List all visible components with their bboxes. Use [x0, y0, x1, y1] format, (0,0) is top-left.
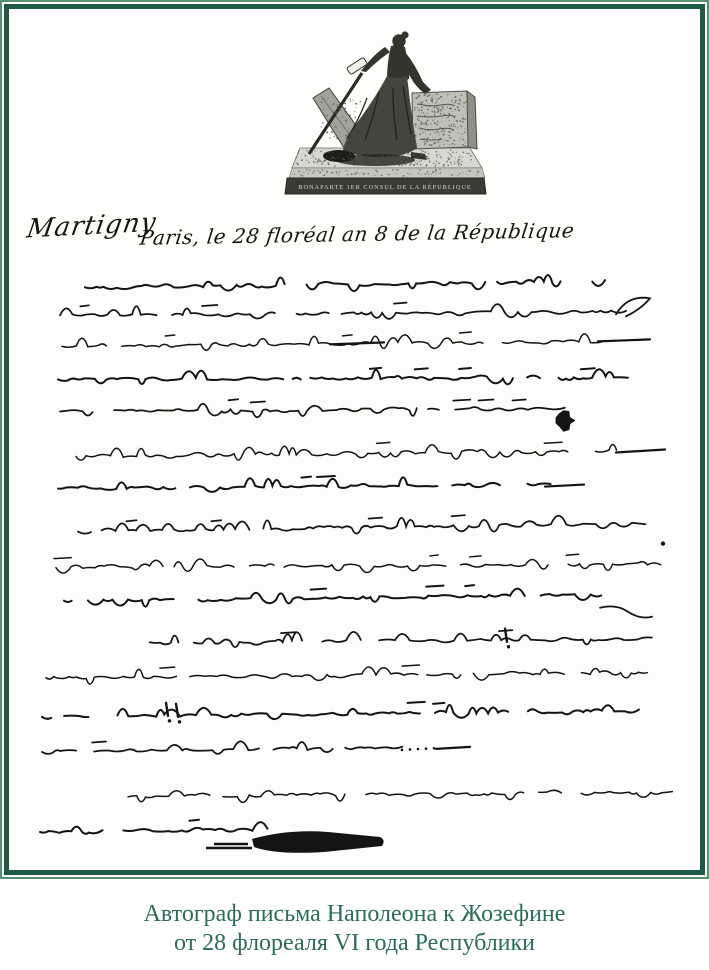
engraving-speckle	[418, 95, 420, 97]
engraving-speckle	[447, 140, 449, 142]
engraving-speckle	[405, 151, 406, 152]
engraving-speckle	[315, 151, 316, 152]
engraving-speckle	[329, 137, 330, 138]
engraving-speckle	[446, 161, 448, 163]
engraving-speckle	[381, 163, 382, 164]
engraving-speckle	[345, 135, 347, 137]
engraving-speckle	[462, 126, 463, 127]
engraving-speckle	[427, 129, 429, 131]
engraving-speckle	[447, 107, 448, 108]
engraving-speckle	[435, 151, 436, 152]
caption: Автограф письма Наполеона к Жозефине от …	[0, 900, 709, 958]
engraving-speckle	[428, 153, 429, 154]
engraving-speckle	[427, 113, 428, 114]
engraving-speckle	[448, 113, 449, 114]
engraving-speckle	[460, 125, 461, 126]
engraving-speckle	[454, 117, 455, 118]
engraving-speckle	[381, 174, 383, 176]
engraving-speckle	[327, 152, 328, 153]
engraving-speckle	[434, 110, 435, 111]
engraving-speckle	[361, 161, 363, 163]
engraving-speckle	[336, 171, 337, 172]
engraving-speckle	[476, 175, 477, 176]
engraving-speckle	[467, 174, 468, 175]
engraving-speckle	[305, 155, 307, 157]
engraving-speckle	[419, 169, 421, 171]
engraving-speckle	[321, 101, 323, 103]
engraving-speckle	[434, 107, 436, 109]
engraving-speckle	[372, 158, 373, 159]
engraving-speckle	[360, 158, 362, 160]
handwriting-line	[78, 515, 646, 533]
engraving-speckle	[328, 163, 330, 165]
engraving-speckle	[457, 129, 458, 130]
engraving-speckle	[477, 172, 479, 174]
engraving-speckle	[376, 163, 377, 164]
engraving-speckle	[435, 164, 436, 165]
engraving-speckle	[441, 121, 442, 122]
engraving-speckle	[313, 161, 315, 163]
engraving-speckle	[366, 151, 367, 152]
engraving-speckle	[318, 170, 319, 171]
smudge-trails	[206, 844, 252, 848]
handwriting-line	[150, 630, 652, 647]
engraving-speckle	[436, 154, 437, 155]
engraving-speckle	[420, 164, 421, 165]
engraving-speckle	[432, 101, 433, 102]
ink-dash	[598, 339, 650, 341]
engraving-speckle	[470, 155, 472, 157]
engraving-speckle	[449, 125, 451, 127]
engraving-speckle	[421, 123, 423, 125]
engraving-speckle	[296, 162, 298, 164]
engraving-speckle	[378, 162, 380, 164]
engraving-speckle	[357, 137, 358, 138]
engraving-speckle	[434, 122, 436, 124]
engraving-speckle	[339, 171, 341, 173]
engraving-speckle	[395, 163, 397, 165]
engraving-speckle	[353, 165, 354, 166]
ink-dot	[433, 747, 436, 750]
ink-dot	[409, 748, 412, 751]
engraving-speckle	[344, 107, 346, 109]
engraving-speckle	[323, 174, 325, 176]
engraving-speckle	[330, 158, 332, 160]
engraving-speckle	[333, 160, 334, 161]
engraving-speckle	[437, 124, 438, 125]
engraving-speckle	[459, 140, 460, 141]
engraving-speckle	[306, 169, 308, 171]
engraving-speckle	[383, 157, 384, 158]
engraving-speckle	[357, 158, 359, 160]
handwriting-line	[58, 368, 628, 384]
engraving-speckle	[404, 163, 406, 165]
engraving-speckle	[463, 172, 464, 173]
engraving-speckle	[430, 130, 431, 131]
engraving-speckle	[450, 162, 452, 164]
engraving-speckle	[430, 134, 432, 136]
engraving-speckle	[404, 162, 405, 163]
engraving-speckle	[375, 161, 377, 163]
handwriting-line	[46, 665, 647, 684]
engraving-speckle	[417, 119, 418, 120]
engraving-speckle	[442, 134, 444, 136]
caption-line-1: Автограф письма Наполеона к Жозефине	[0, 900, 709, 929]
engraving-speckle	[421, 150, 422, 151]
engraving-speckle	[344, 111, 346, 113]
engraving-speckle	[454, 109, 456, 111]
engraving-speckle	[432, 99, 434, 101]
engraving-speckle	[447, 165, 449, 167]
engraving-speckle	[424, 94, 426, 96]
engraving-speckle	[344, 159, 345, 160]
engraving-speckle	[456, 120, 457, 121]
engraving-speckle	[351, 173, 353, 175]
engraving-speckle	[419, 133, 421, 135]
engraving-speckle	[388, 174, 390, 176]
engraving-speckle	[370, 161, 371, 162]
engraving-speckle	[415, 143, 417, 145]
engraving-speckle	[337, 113, 338, 114]
handwriting-line	[64, 585, 601, 607]
engraving-speckle	[431, 97, 433, 99]
ink-blot	[556, 410, 576, 432]
engraving-speckle	[332, 152, 333, 153]
engraving-speckle	[437, 121, 439, 123]
engraving-speckle	[468, 153, 469, 154]
engraving-speckle	[444, 144, 445, 145]
engraving-speckle	[321, 126, 322, 127]
engraving-speckle	[401, 165, 402, 166]
engraving-speckle	[332, 132, 333, 133]
engraving-speckle	[462, 134, 463, 135]
engraving-speckle	[433, 163, 434, 164]
engraving-speckle	[454, 144, 455, 145]
engraving-speckle	[459, 120, 461, 122]
engraving-speckle	[455, 157, 456, 158]
engraving-speckle	[457, 161, 458, 162]
engraving-speckle	[452, 143, 453, 144]
handwriting-line	[62, 332, 601, 350]
engraving-speckle	[314, 170, 316, 172]
engraving-speckle	[436, 93, 438, 95]
engraving-speckle	[415, 97, 417, 99]
engraving-speckle	[350, 132, 351, 133]
engraving-speckle	[460, 138, 461, 139]
engraving-speckle	[478, 170, 480, 172]
engraving-speckle	[405, 153, 406, 154]
engraving-speckle	[436, 151, 437, 152]
engraving-speckle	[308, 151, 310, 153]
engraving-speckle	[447, 94, 448, 95]
engraving-speckle	[451, 126, 452, 127]
engraving-speckle	[449, 132, 450, 133]
engraving-speckle	[426, 164, 428, 166]
engraving-speckle	[452, 151, 454, 153]
engraving-speckle	[451, 100, 453, 102]
engraving-speckle	[319, 171, 321, 173]
engraving-speckle	[462, 121, 464, 123]
engraving-speckle	[330, 151, 331, 152]
engraving-speckle	[441, 111, 442, 112]
engraving-speckle	[458, 163, 460, 165]
engraving-speckle	[332, 156, 334, 158]
engraving-speckle	[417, 97, 418, 98]
engraving-speckle	[416, 127, 417, 128]
engraving-speckle	[437, 125, 438, 126]
engraving-speckle	[414, 109, 415, 110]
engraving-speckle	[442, 108, 444, 110]
engraving-speckle	[434, 132, 435, 133]
engraving-speckle	[432, 137, 433, 138]
engraving-speckle	[354, 173, 356, 175]
engraving-speckle	[391, 160, 392, 161]
engraving-speckle	[308, 173, 309, 174]
engraving-speckle	[382, 155, 384, 157]
ink-dot	[425, 747, 428, 750]
engraving-speckle	[454, 102, 456, 104]
engraving-speckle	[448, 116, 449, 117]
engraving-speckle	[371, 151, 373, 153]
engraving-speckle	[346, 138, 347, 139]
engraving-speckle	[455, 96, 456, 97]
document-frame: BONAPARTE 1ER CONSUL DE LA RÉPUBLIQUE	[0, 0, 709, 879]
engraving-speckle	[421, 112, 422, 113]
handwriting-line	[40, 820, 268, 834]
engraving-speckle	[465, 101, 467, 103]
engraving-speckle	[407, 173, 408, 174]
engraving-speckle	[409, 174, 410, 175]
engraving-speckle	[403, 175, 405, 177]
engraving-speckle	[377, 157, 379, 159]
engraving-speckle	[351, 161, 352, 162]
engraving-speckle	[425, 122, 427, 124]
engraving-speckle	[451, 156, 453, 158]
engraving-speckle	[407, 157, 409, 159]
engraving-speckle	[323, 109, 324, 110]
handwriting-line	[60, 399, 565, 417]
engraving-speckle	[458, 103, 459, 104]
engraving-speckle	[452, 130, 453, 131]
engraving-speckle	[308, 162, 310, 164]
engraving-speckle	[326, 156, 327, 157]
engraving-speckle	[425, 131, 426, 132]
engraving-speckle	[429, 161, 431, 163]
engraving-speckle	[464, 108, 465, 109]
engraving-speckle	[306, 160, 307, 161]
engraving-speckle	[342, 116, 343, 117]
engraving-speckle	[432, 111, 434, 113]
engraving-speckle	[449, 144, 450, 145]
engraving-speckle	[439, 169, 440, 170]
engraving-speckle	[414, 107, 416, 109]
engraving-speckle	[338, 157, 339, 158]
handwriting-body	[9, 9, 700, 870]
engraving-speckle	[422, 150, 424, 152]
engraving-speckle	[345, 154, 346, 155]
engraving-speckle	[374, 154, 375, 155]
engraving-speckle	[419, 110, 420, 111]
engraving-speckle	[328, 97, 329, 98]
engraving-speckle	[343, 158, 345, 160]
engraving-speckle	[459, 159, 461, 161]
engraving-speckle	[439, 154, 440, 155]
engraving-speckle	[454, 163, 455, 164]
engraving-speckle	[460, 156, 461, 157]
engraving-speckle	[436, 124, 437, 125]
engraving-speckle	[462, 144, 464, 146]
engraving-speckle	[333, 130, 335, 132]
engraving-speckle	[437, 131, 439, 133]
engraving-speckle	[449, 109, 450, 110]
engraving-speckle	[417, 103, 419, 105]
engraving-speckle	[338, 109, 339, 110]
engraving-speckle	[319, 160, 320, 161]
engraving-speckle	[350, 116, 351, 117]
engraving-speckle	[455, 100, 457, 102]
engraving-speckle	[448, 135, 449, 136]
flourish	[600, 606, 652, 617]
engraving-speckle	[435, 94, 436, 95]
engraving-speckle	[439, 109, 440, 110]
engraving-speckle	[467, 170, 468, 171]
engraving-speckle	[300, 174, 301, 175]
engraving-speckle	[431, 174, 432, 175]
engraving-speckle	[348, 158, 349, 159]
engraving-speckle	[459, 173, 460, 174]
engraving-speckle	[295, 157, 297, 159]
engraving-speckle	[324, 152, 325, 153]
engraving-speckle	[313, 157, 314, 158]
ink-dash	[616, 450, 665, 453]
engraving-speckle	[420, 102, 421, 103]
engraving-speckle	[377, 171, 378, 172]
engraving-speckle	[438, 98, 440, 100]
engraving-speckle	[435, 170, 437, 172]
engraving-speckle	[306, 150, 307, 151]
engraving-speckle	[337, 106, 339, 108]
engraving-speckle	[464, 119, 466, 121]
engraving-speckle	[443, 165, 444, 166]
engraving-speckle	[454, 115, 455, 116]
engraving-speckle	[427, 158, 428, 159]
engraving-speckle	[435, 173, 436, 174]
engraving-speckle	[410, 154, 411, 155]
engraving-speckle	[425, 173, 427, 175]
engraving-speckle	[457, 127, 458, 128]
engraving-speckle	[458, 133, 459, 134]
engraving-speckle	[438, 162, 440, 164]
engraving-speckle	[444, 114, 446, 116]
engraving-speckle	[449, 158, 450, 159]
engraving-speckle	[358, 173, 359, 174]
engraving-speckle	[364, 173, 365, 174]
engraving-speckle	[377, 159, 378, 160]
engraving-speckle	[417, 116, 418, 117]
engraving-speckle	[429, 106, 430, 107]
exclamation-stroke	[176, 704, 178, 717]
engraving-speckle	[334, 126, 335, 127]
engraving-speckle	[359, 138, 360, 139]
engraving-speckle	[356, 107, 357, 108]
engraving-speckle	[426, 117, 427, 118]
engraving-speckle	[430, 124, 431, 125]
handwriting-line	[128, 790, 672, 802]
engraving-speckle	[459, 111, 460, 112]
engraving-speckle	[442, 106, 444, 108]
handwriting-line	[42, 702, 639, 719]
engraving-speckle	[434, 165, 435, 166]
ink-dot	[401, 749, 404, 752]
engraving-speckle	[422, 132, 423, 133]
engraving-speckle	[453, 125, 454, 126]
engraving-speckle	[429, 115, 430, 116]
engraving-speckle	[355, 155, 357, 157]
engraving-speckle	[452, 102, 453, 103]
flourish	[616, 298, 650, 317]
engraving-speckle	[329, 152, 330, 153]
engraving-speckle	[380, 157, 382, 159]
engraving-speckle	[426, 94, 427, 95]
engraving-speckle	[416, 115, 417, 116]
engraving-speckle	[333, 103, 335, 105]
engraving-speckle	[337, 111, 338, 112]
engraving-speckle	[342, 150, 343, 151]
engraving-speckle	[463, 102, 465, 104]
engraving-speckle	[412, 164, 413, 165]
engraving-speckle	[437, 109, 439, 111]
engraving-speckle	[452, 111, 453, 112]
engraving-speckle	[350, 100, 351, 101]
engraving-speckle	[439, 141, 440, 142]
engraving-speckle	[420, 160, 422, 162]
engraving-speckle	[421, 156, 422, 157]
engraving-speckle	[312, 152, 313, 153]
engraving-speckle	[367, 154, 368, 155]
ink-dot	[417, 748, 420, 751]
engraving-speckle	[323, 160, 325, 162]
engraving-speckle	[418, 120, 419, 121]
engraving-speckle	[334, 136, 335, 137]
engraving-speckle	[358, 126, 359, 127]
engraving-speckle	[327, 100, 328, 101]
engraving-speckle	[426, 125, 427, 126]
engraving-speckle	[410, 151, 411, 152]
engraving-speckle	[416, 160, 417, 161]
engraving-speckle	[415, 123, 417, 125]
engraving-speckle	[422, 102, 423, 103]
engraving-speckle	[434, 106, 435, 107]
engraving-speckle	[410, 173, 411, 174]
ink-dot	[661, 541, 665, 545]
engraving-speckle	[465, 142, 466, 143]
engraving-speckle	[431, 144, 433, 146]
engraving-speckle	[362, 152, 363, 153]
engraving-speckle	[434, 143, 436, 145]
engraving-speckle	[298, 170, 300, 172]
engraving-speckle	[451, 164, 452, 165]
engraving-speckle	[436, 156, 437, 157]
engraving-speckle	[347, 174, 348, 175]
engraving-speckle	[303, 172, 304, 173]
engraving-speckle	[462, 139, 464, 141]
engraving-speckle	[443, 130, 444, 131]
engraving-speckle	[362, 174, 364, 176]
engraving-speckle	[418, 109, 419, 110]
engraving-speckle	[322, 170, 323, 171]
engraving-speckle	[429, 144, 431, 146]
engraving-speckle	[461, 95, 462, 96]
